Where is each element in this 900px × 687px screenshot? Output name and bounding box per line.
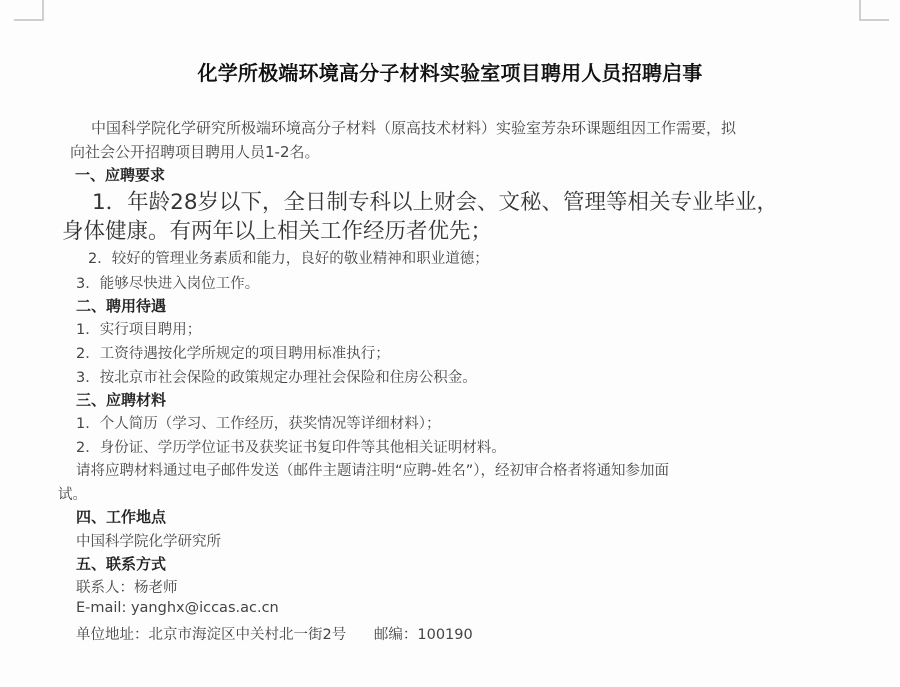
- section-heading-location: 四、工作地点: [76, 506, 166, 527]
- requirement-item-2: 2．较好的管理业务素质和能力，良好的敬业精神和职业道德；: [88, 247, 489, 268]
- contact-address: 单位地址：北京市海淀区中关村北一街2号 邮编：100190: [76, 623, 473, 644]
- section-heading-materials: 三、应聘材料: [76, 389, 166, 410]
- benefit-item-1: 1．实行项目聘用；: [76, 318, 201, 339]
- document-title: 化学所极端环境高分子材料实验室项目聘用人员招聘启事: [0, 57, 900, 86]
- intro-line-2: 向社会公开招聘项目聘用人员1-2名。: [70, 141, 320, 162]
- section-heading-contact: 五、联系方式: [76, 553, 166, 574]
- section-heading-requirements: 一、应聘要求: [75, 164, 165, 185]
- requirement-item-3: 3．能够尽快进入岗位工作。: [76, 272, 259, 293]
- page-corner-mark-right: [859, 0, 889, 21]
- section-heading-benefits: 二、聘用待遇: [76, 295, 166, 316]
- requirement-item-1-line-2: 身体健康。有两年以上相关工作经历者优先；: [62, 214, 492, 245]
- benefit-item-3: 3．按北京市社会保险的政策规定办理社会保险和住房公积金。: [76, 366, 477, 387]
- materials-note-line-2: 试。: [58, 483, 87, 504]
- contact-person: 联系人：杨老师: [76, 576, 178, 597]
- materials-note-line-1: 请将应聘材料通过电子邮件发送（邮件主题请注明“应聘-姓名”），经初审合格者将通知…: [76, 459, 669, 480]
- benefit-item-2: 2．工资待遇按化学所规定的项目聘用标准执行；: [76, 342, 390, 363]
- material-item-1: 1．个人简历（学习、工作经历，获奖情况等详细材料）；: [76, 412, 440, 433]
- contact-email: E-mail: yanghx@iccas.ac.cn: [76, 600, 279, 616]
- intro-line-1: 中国科学院化学研究所极端环境高分子材料（原高技术材料）实验室芳杂环课题组因工作需…: [91, 117, 736, 138]
- material-item-2: 2．身份证、学历学位证书及获奖证书复印件等其他相关证明材料。: [76, 436, 506, 457]
- requirement-item-1-line-1: 1．年龄28岁以下，全日制专科以上财会、文秘、管理等相关专业毕业，: [92, 185, 778, 216]
- page-corner-mark-left: [14, 0, 44, 21]
- location-text: 中国科学院化学研究所: [76, 530, 221, 551]
